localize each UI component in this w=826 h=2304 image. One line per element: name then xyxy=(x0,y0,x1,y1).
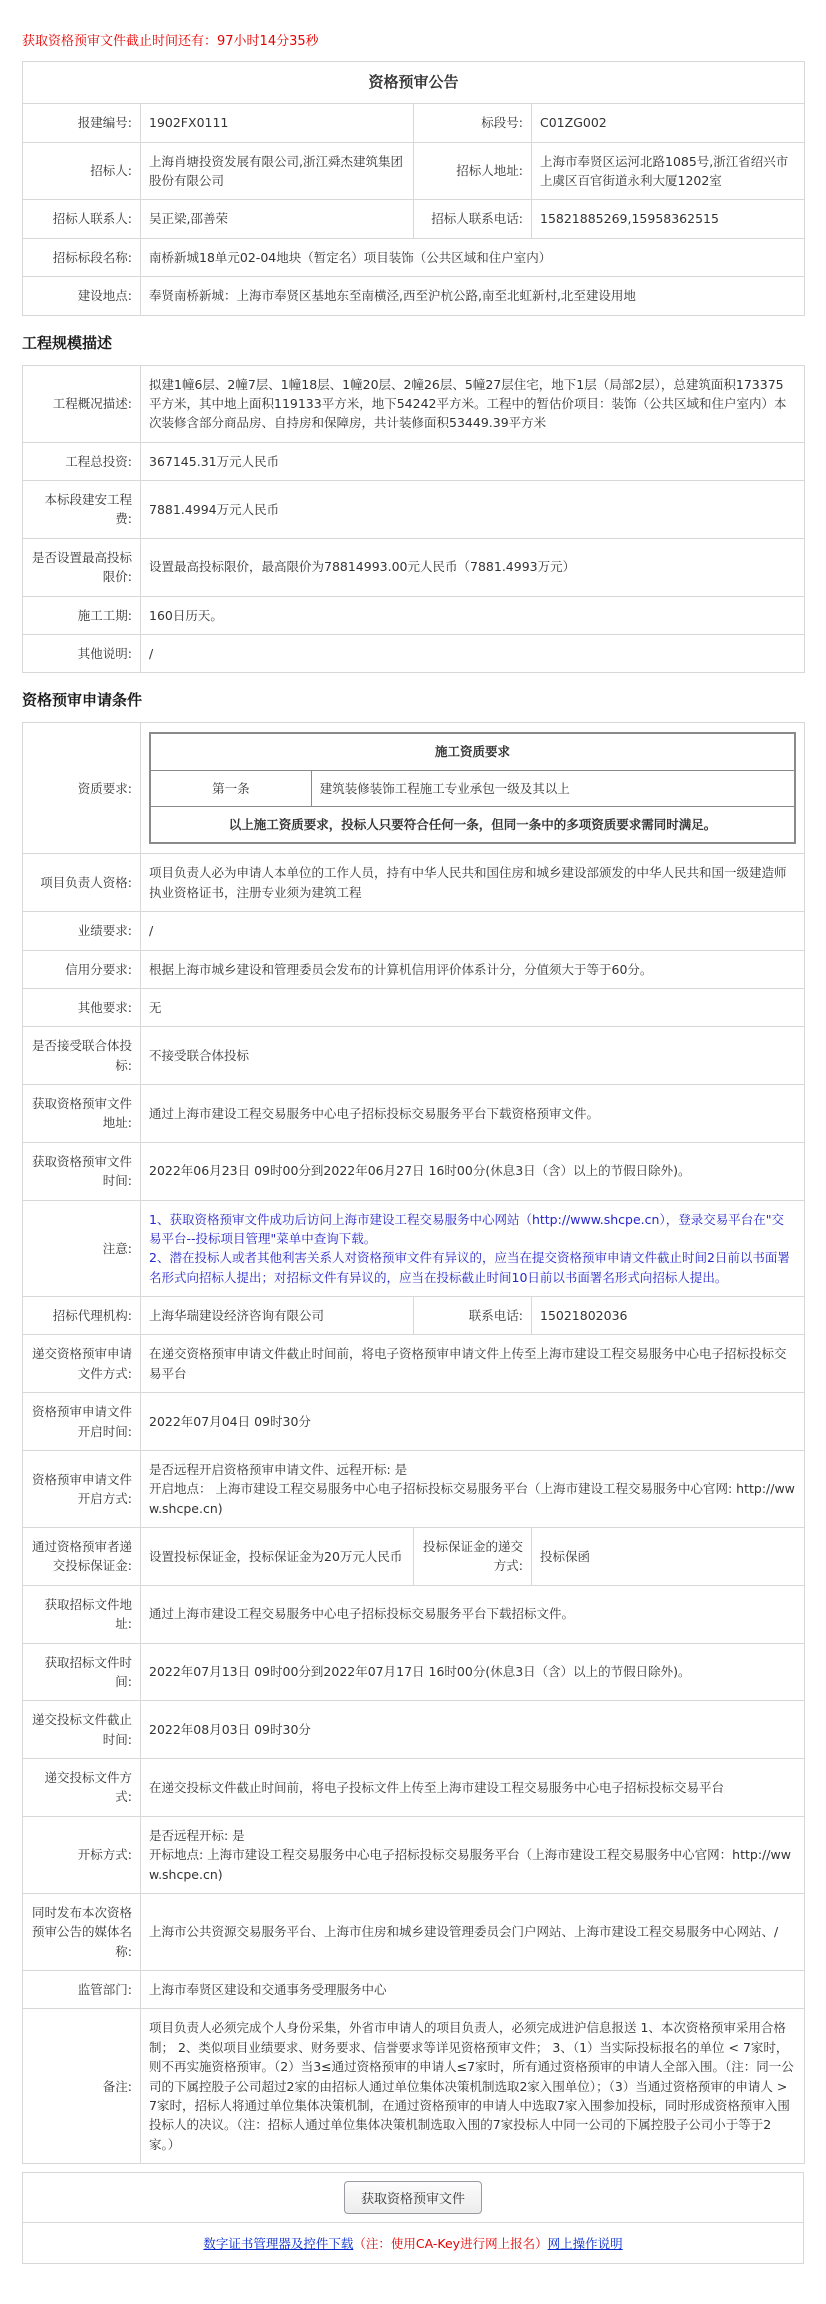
field-label: 注意: xyxy=(23,1200,141,1297)
field-value: 通过上海市建设工程交易服务中心电子招标投标交易服务平台下载资格预审文件。 xyxy=(141,1085,805,1143)
notice-item-1: 1、获取资格预审文件成功后访问上海市建设工程交易服务中心网站（http://ww… xyxy=(149,1210,796,1249)
field-label: 通过资格预审者递交投标保证金: xyxy=(23,1528,141,1586)
table-row: 招标人: 上海肖塘投资发展有限公司,浙江舜杰建筑集团股份有限公司 招标人地址: … xyxy=(23,142,805,200)
field-label: 工程总投资: xyxy=(23,442,141,480)
field-label: 递交资格预审申请文件方式: xyxy=(23,1335,141,1393)
field-value: 项目负责人必须完成个人身份采集，外省市申请人的项目负责人，必须完成进沪信息报送 … xyxy=(141,2009,805,2164)
page-title: 资格预审公告 xyxy=(23,62,805,104)
table-row: 施工工期: 160日历天。 xyxy=(23,596,805,634)
field-label: 是否接受联合体投标: xyxy=(23,1027,141,1085)
table-row: 项目负责人资格: 项目负责人必为申请人本单位的工作人员，持有中华人民共和国住房和… xyxy=(23,854,805,912)
section-title-scale: 工程规模描述 xyxy=(22,332,804,353)
field-value: 1902FX0111 xyxy=(141,104,414,142)
table-row: 本标段建安工程费: 7881.4994万元人民币 xyxy=(23,481,805,539)
field-label: 业绩要求: xyxy=(23,912,141,950)
field-value: 上海华瑞建设经济咨询有限公司 xyxy=(141,1297,414,1335)
field-label: 同时发布本次资格预审公告的媒体名称: xyxy=(23,1893,141,1970)
table-row: 资质要求: 施工资质要求 第一条 建筑装修装饰工程施工专业承包一级及其以上 以上… xyxy=(23,723,805,854)
table-row: 是否设置最高投标限价: 设置最高投标限价，最高限价为78814993.00元人民… xyxy=(23,538,805,596)
button-row: 获取资格预审文件 xyxy=(23,2173,803,2223)
field-value: 项目负责人必为申请人本单位的工作人员，持有中华人民共和国住房和城乡建设部颁发的中… xyxy=(141,854,805,912)
field-label: 获取招标文件地址: xyxy=(23,1585,141,1643)
field-label: 其他说明: xyxy=(23,634,141,672)
table-row: 施工资质要求 xyxy=(150,733,795,770)
ca-key-note: （注：使用CA-Key进行网上报名） xyxy=(353,2236,547,2251)
table-row: 其他要求: 无 xyxy=(23,988,805,1026)
field-label: 信用分要求: xyxy=(23,950,141,988)
field-value: 2022年07月04日 09时30分 xyxy=(141,1393,805,1451)
table-row: 获取招标文件地址: 通过上海市建设工程交易服务中心电子招标投标交易服务平台下载招… xyxy=(23,1585,805,1643)
field-value: / xyxy=(141,634,805,672)
table-row: 报建编号: 1902FX0111 标段号: C01ZG002 xyxy=(23,104,805,142)
table-row: 业绩要求: / xyxy=(23,912,805,950)
field-label: 资格预审申请文件开启方式: xyxy=(23,1450,141,1527)
field-value: 上海市奉贤区运河北路1085号,浙江省绍兴市上虞区百官街道永利大厦1202室 xyxy=(532,142,805,200)
field-value: 在递交资格预审申请文件截止时间前，将电子资格预审申请文件上传至上海市建设工程交易… xyxy=(141,1335,805,1393)
field-value: 上海市奉贤区建设和交通事务受理服务中心 xyxy=(141,1971,805,2009)
section-title-prequal: 资格预审申请条件 xyxy=(22,689,804,710)
footer-action-box: 获取资格预审文件 数字证书管理器及控件下载（注：使用CA-Key进行网上报名）网… xyxy=(22,2172,804,2264)
table-row: 注意: 1、获取资格预审文件成功后访问上海市建设工程交易服务中心网站（http:… xyxy=(23,1200,805,1297)
field-label: 开标方式: xyxy=(23,1816,141,1893)
field-label: 工程概况描述: xyxy=(23,365,141,442)
notice-cell: 1、获取资格预审文件成功后访问上海市建设工程交易服务中心网站（http://ww… xyxy=(141,1200,805,1297)
field-value: 15021802036 xyxy=(532,1297,805,1335)
table-row: 信用分要求: 根据上海市城乡建设和管理委员会发布的计算机信用评价体系计分，分值须… xyxy=(23,950,805,988)
table-row: 备注: 项目负责人必须完成个人身份采集，外省市申请人的项目负责人，必须完成进沪信… xyxy=(23,2009,805,2164)
field-value: 7881.4994万元人民币 xyxy=(141,481,805,539)
field-label: 招标代理机构: xyxy=(23,1297,141,1335)
table-row: 以上施工资质要求，投标人只要符合任何一条，但同一条中的多项资质要求需同时满足。 xyxy=(150,807,795,844)
table-row: 建设地点: 奉贤南桥新城：上海市奉贤区基地东至南横泾,西至沪杭公路,南至北虹新村… xyxy=(23,277,805,315)
table-row: 获取招标文件时间: 2022年07月13日 09时00分到2022年07月17日… xyxy=(23,1643,805,1701)
field-value: 在递交投标文件截止时间前，将电子投标文件上传至上海市建设工程交易服务中心电子招标… xyxy=(141,1759,805,1817)
get-prequal-doc-button[interactable]: 获取资格预审文件 xyxy=(344,2181,482,2214)
field-label: 招标标段名称: xyxy=(23,238,141,276)
field-label: 递交投标文件方式: xyxy=(23,1759,141,1817)
prequal-table: 资质要求: 施工资质要求 第一条 建筑装修装饰工程施工专业承包一级及其以上 以上… xyxy=(22,722,805,2164)
bid-open-line-2: 开标地点: 上海市建设工程交易服务中心电子招标投标交易服务平台（上海市建设工程交… xyxy=(149,1845,796,1884)
field-label: 备注: xyxy=(23,2009,141,2164)
field-value: 南桥新城18单元02-04地块（暂定名）项目装饰（公共区域和住户室内） xyxy=(141,238,805,276)
field-value: 是否远程开启资格预审申请文件、远程开标: 是 开启地点： 上海市建设工程交易服务… xyxy=(141,1450,805,1527)
table-row: 递交投标文件方式: 在递交投标文件截止时间前，将电子投标文件上传至上海市建设工程… xyxy=(23,1759,805,1817)
qualification-nested-table: 施工资质要求 第一条 建筑装修装饰工程施工专业承包一级及其以上 以上施工资质要求… xyxy=(149,732,796,844)
table-row: 获取资格预审文件时间: 2022年06月23日 09时00分到2022年06月2… xyxy=(23,1142,805,1200)
field-label: 报建编号: xyxy=(23,104,141,142)
field-value: 上海市公共资源交易服务平台、上海市住房和城乡建设管理委员会门户网站、上海市建设工… xyxy=(141,1893,805,1970)
table-row: 开标方式: 是否远程开标: 是 开标地点: 上海市建设工程交易服务中心电子招标投… xyxy=(23,1816,805,1893)
clause-text: 建筑装修装饰工程施工专业承包一级及其以上 xyxy=(311,770,795,806)
table-row: 获取资格预审文件地址: 通过上海市建设工程交易服务中心电子招标投标交易服务平台下… xyxy=(23,1085,805,1143)
cert-manager-download-link[interactable]: 数字证书管理器及控件下载 xyxy=(203,2236,353,2251)
table-row: 递交投标文件截止时间: 2022年08月03日 09时30分 xyxy=(23,1701,805,1759)
table-row: 资格预审申请文件开启时间: 2022年07月04日 09时30分 xyxy=(23,1393,805,1451)
field-value: 160日历天。 xyxy=(141,596,805,634)
field-value: 2022年06月23日 09时00分到2022年06月27日 16时00分(休息… xyxy=(141,1142,805,1200)
field-label: 本标段建安工程费: xyxy=(23,481,141,539)
table-row: 同时发布本次资格预审公告的媒体名称: 上海市公共资源交易服务平台、上海市住房和城… xyxy=(23,1893,805,1970)
field-value: C01ZG002 xyxy=(532,104,805,142)
field-value: 设置投标保证金，投标保证金为20万元人民币 xyxy=(141,1528,414,1586)
field-label: 联系电话: xyxy=(414,1297,532,1335)
table-row: 招标人联系人: 吴正梁,邵善荣 招标人联系电话: 15821885269,159… xyxy=(23,200,805,238)
field-label: 其他要求: xyxy=(23,988,141,1026)
field-label: 投标保证金的递交方式: xyxy=(414,1528,532,1586)
footer-links-row: 数字证书管理器及控件下载（注：使用CA-Key进行网上报名）网上操作说明 xyxy=(23,2223,803,2263)
table-row: 资格预审申请文件开启方式: 是否远程开启资格预审申请文件、远程开标: 是 开启地… xyxy=(23,1450,805,1527)
field-label: 获取资格预审文件地址: xyxy=(23,1085,141,1143)
countdown-time: 97小时14分35秒 xyxy=(217,34,319,49)
field-value: 奉贤南桥新城：上海市奉贤区基地东至南横泾,西至沪杭公路,南至北虹新村,北至建设用… xyxy=(141,277,805,315)
online-guide-link[interactable]: 网上操作说明 xyxy=(548,2236,623,2251)
table-row: 递交资格预审申请文件方式: 在递交资格预审申请文件截止时间前，将电子资格预审申请… xyxy=(23,1335,805,1393)
field-value: 吴正梁,邵善荣 xyxy=(141,200,414,238)
field-label: 获取资格预审文件时间: xyxy=(23,1142,141,1200)
field-label: 施工工期: xyxy=(23,596,141,634)
field-value: 拟建1幢6层、2幢7层、1幢18层、1幢20层、2幢26层、5幢27层住宅，地下… xyxy=(141,365,805,442)
bid-open-line-1: 是否远程开标: 是 xyxy=(149,1826,796,1845)
field-label: 监管部门: xyxy=(23,1971,141,2009)
field-value: 2022年07月13日 09时00分到2022年07月17日 16时00分(休息… xyxy=(141,1643,805,1701)
qualification-note: 以上施工资质要求，投标人只要符合任何一条，但同一条中的多项资质要求需同时满足。 xyxy=(150,807,795,844)
table-row: 其他说明: / xyxy=(23,634,805,672)
field-value: 2022年08月03日 09时30分 xyxy=(141,1701,805,1759)
page-container: 获取资格预审文件截止时间还有：97小时14分35秒 资格预审公告 报建编号: 1… xyxy=(22,0,804,2304)
field-value: 15821885269,15958362515 xyxy=(532,200,805,238)
table-row: 招标标段名称: 南桥新城18单元02-04地块（暂定名）项目装饰（公共区域和住户… xyxy=(23,238,805,276)
field-label: 招标人: xyxy=(23,142,141,200)
field-value: / xyxy=(141,912,805,950)
field-label: 标段号: xyxy=(414,104,532,142)
field-value: 367145.31万元人民币 xyxy=(141,442,805,480)
table-row: 工程总投资: 367145.31万元人民币 xyxy=(23,442,805,480)
field-label: 招标人地址: xyxy=(414,142,532,200)
clause-number: 第一条 xyxy=(150,770,311,806)
notice-item-2: 2、潜在投标人或者其他利害关系人对资格预审文件有异议的，应当在提交资格预审申请文… xyxy=(149,1248,796,1287)
table-row: 监管部门: 上海市奉贤区建设和交通事务受理服务中心 xyxy=(23,1971,805,2009)
nested-table-header: 施工资质要求 xyxy=(150,733,795,770)
announcement-table: 资格预审公告 报建编号: 1902FX0111 标段号: C01ZG002 招标… xyxy=(22,61,805,316)
field-label: 项目负责人资格: xyxy=(23,854,141,912)
field-label: 资质要求: xyxy=(23,723,141,854)
field-label: 资格预审申请文件开启时间: xyxy=(23,1393,141,1451)
table-row: 是否接受联合体投标: 不接受联合体投标 xyxy=(23,1027,805,1085)
field-label: 建设地点: xyxy=(23,277,141,315)
table-row: 工程概况描述: 拟建1幢6层、2幢7层、1幢18层、1幢20层、2幢26层、5幢… xyxy=(23,365,805,442)
table-row: 通过资格预审者递交投标保证金: 设置投标保证金，投标保证金为20万元人民币 投标… xyxy=(23,1528,805,1586)
scale-table: 工程概况描述: 拟建1幢6层、2幢7层、1幢18层、1幢20层、2幢26层、5幢… xyxy=(22,365,805,674)
field-label: 是否设置最高投标限价: xyxy=(23,538,141,596)
field-label: 招标人联系人: xyxy=(23,200,141,238)
qualification-cell: 施工资质要求 第一条 建筑装修装饰工程施工专业承包一级及其以上 以上施工资质要求… xyxy=(141,723,805,854)
countdown-label: 获取资格预审文件截止时间还有： xyxy=(22,34,217,49)
field-value: 无 xyxy=(141,988,805,1026)
field-value: 根据上海市城乡建设和管理委员会发布的计算机信用评价体系计分，分值须大于等于60分… xyxy=(141,950,805,988)
field-label: 招标人联系电话: xyxy=(414,200,532,238)
field-value: 投标保函 xyxy=(532,1528,805,1586)
table-row: 第一条 建筑装修装饰工程施工专业承包一级及其以上 xyxy=(150,770,795,806)
field-label: 递交投标文件截止时间: xyxy=(23,1701,141,1759)
field-value: 设置最高投标限价，最高限价为78814993.00元人民币（7881.4993万… xyxy=(141,538,805,596)
table-row: 资格预审公告 xyxy=(23,62,805,104)
field-value: 是否远程开标: 是 开标地点: 上海市建设工程交易服务中心电子招标投标交易服务平… xyxy=(141,1816,805,1893)
countdown-timer: 获取资格预审文件截止时间还有：97小时14分35秒 xyxy=(22,30,804,49)
field-label: 获取招标文件时间: xyxy=(23,1643,141,1701)
open-method-line-1: 是否远程开启资格预审申请文件、远程开标: 是 xyxy=(149,1460,796,1479)
field-value: 不接受联合体投标 xyxy=(141,1027,805,1085)
open-method-line-2: 开启地点： 上海市建设工程交易服务中心电子招标投标交易服务平台（上海市建设工程交… xyxy=(149,1479,796,1518)
table-row: 招标代理机构: 上海华瑞建设经济咨询有限公司 联系电话: 15021802036 xyxy=(23,1297,805,1335)
field-value: 上海肖塘投资发展有限公司,浙江舜杰建筑集团股份有限公司 xyxy=(141,142,414,200)
field-value: 通过上海市建设工程交易服务中心电子招标投标交易服务平台下载招标文件。 xyxy=(141,1585,805,1643)
